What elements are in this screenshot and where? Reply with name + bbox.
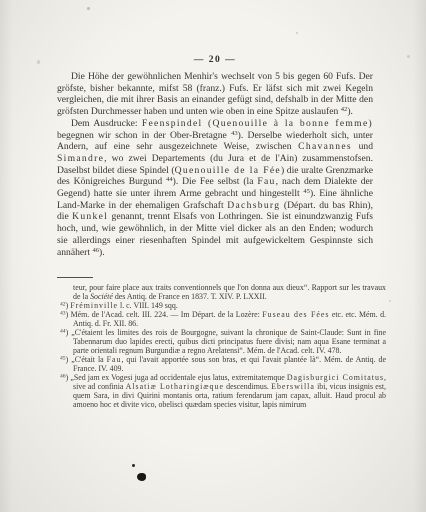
footnote-ref-45: 45 (303, 188, 310, 195)
text-segment: „C'étaient les limites des rois de Bourg… (71, 328, 386, 355)
spaced-term-alsatiae: Alsatiæ Lotharingiæque (126, 382, 224, 391)
footnote-42: 42) Fréminville l. c. VIII. 149 sqq. (60, 301, 386, 310)
paper-speck (296, 32, 298, 34)
footnote-43: 43) Mém. de l'Acad. celt. III. 224. — Im… (60, 310, 386, 328)
spaced-term-fau: Fau (107, 355, 122, 364)
footnote-44: 44) „C'étaient les limites des rois de B… (60, 328, 386, 355)
spaced-term-simandre: Simandre (57, 153, 104, 164)
text-segment: ). (99, 247, 105, 258)
spaced-term-feenspindel: Feenspindel (Quenouille à la bonne femme… (142, 118, 373, 129)
spaced-term-kunkel: Kunkel (72, 211, 108, 222)
paper-speck (37, 60, 40, 64)
spaced-term-eberswilla: Eberswilla (271, 382, 315, 391)
paragraph-feenspindel: Dem Ausdrucke: Feenspindel (Quenouille à… (57, 118, 373, 258)
text-segment: ). (347, 106, 353, 117)
text-segment: und (352, 141, 373, 152)
text-segment: des Antiq. de France en 1837. T. XIV. P.… (113, 292, 267, 301)
spaced-term-freminville: Fréminville (70, 301, 118, 310)
text-segment: „C'était la (71, 355, 106, 364)
text-segment: Die Höhe der gewöhnlichen Menhir's wechs… (57, 71, 373, 117)
spaced-term-quenouille: Quenouille de la Fée (175, 165, 281, 176)
footnote-marker-paren: ) (66, 355, 69, 364)
text-segment: Mém. de l'Acad. celt. III. 224. — Im Dép… (71, 310, 263, 319)
text-segment: descendimus. (224, 382, 271, 391)
footnotes: teur, pour faire place aux traits conven… (60, 283, 386, 409)
page-number: — 20 — (57, 55, 373, 65)
book-page-scan: — 20 — Die Höhe der gewöhnlichen Menhir'… (0, 0, 426, 512)
footnote-ref-44: 44 (166, 176, 173, 183)
spaced-term-fuseau: Fuseau des Fées (262, 310, 329, 319)
spaced-term-dachsburg: Dachsburg (227, 200, 280, 211)
footnote-continuation: teur, pour faire place aux traits conven… (60, 283, 386, 301)
footnote-marker-paren: ) (66, 328, 69, 337)
text-segment: begegnen wir schon in der Ober-Bretagne (57, 130, 231, 141)
footnote-ref-43: 43 (231, 130, 238, 137)
footnote-marker-paren: ) (66, 310, 69, 319)
spaced-term-chavannes: Chavannes (298, 141, 352, 152)
paragraph-menhir-height: Die Höhe der gewöhnlichen Menhir's wechs… (57, 71, 373, 118)
footnote-46: 46) „Sed jam ex Vogesi juga ad occidenta… (60, 373, 386, 409)
paper-speck (389, 300, 391, 302)
text-segment: „Sed jam ex Vogesi juga ad occidentale e… (70, 373, 286, 382)
paper-speck (87, 7, 90, 10)
ink-blot-large (137, 473, 146, 481)
text-segment: Dem Ausdrucke: (71, 118, 142, 129)
text-segment: ). Die Fee selbst (la (173, 176, 258, 187)
spaced-term-fau: Fau (257, 176, 275, 187)
main-text: Die Höhe der gewöhnlichen Menhir's wechs… (57, 71, 373, 258)
paper-speck (407, 55, 410, 58)
footnote-marker-paren: ) (66, 301, 69, 310)
spaced-term-dagisburgici: Dagisburgici Comitatus (287, 373, 384, 382)
ink-blot-small (132, 464, 135, 467)
footnote-marker-paren: ) (66, 373, 69, 382)
footnote-45: 45) „C'était la Fau, qui l'avait apporté… (60, 355, 386, 373)
footnote-separator (57, 277, 93, 278)
text-segment: l. c. VIII. 149 sqq. (118, 301, 178, 310)
italic-term-societe: Société (90, 292, 113, 301)
